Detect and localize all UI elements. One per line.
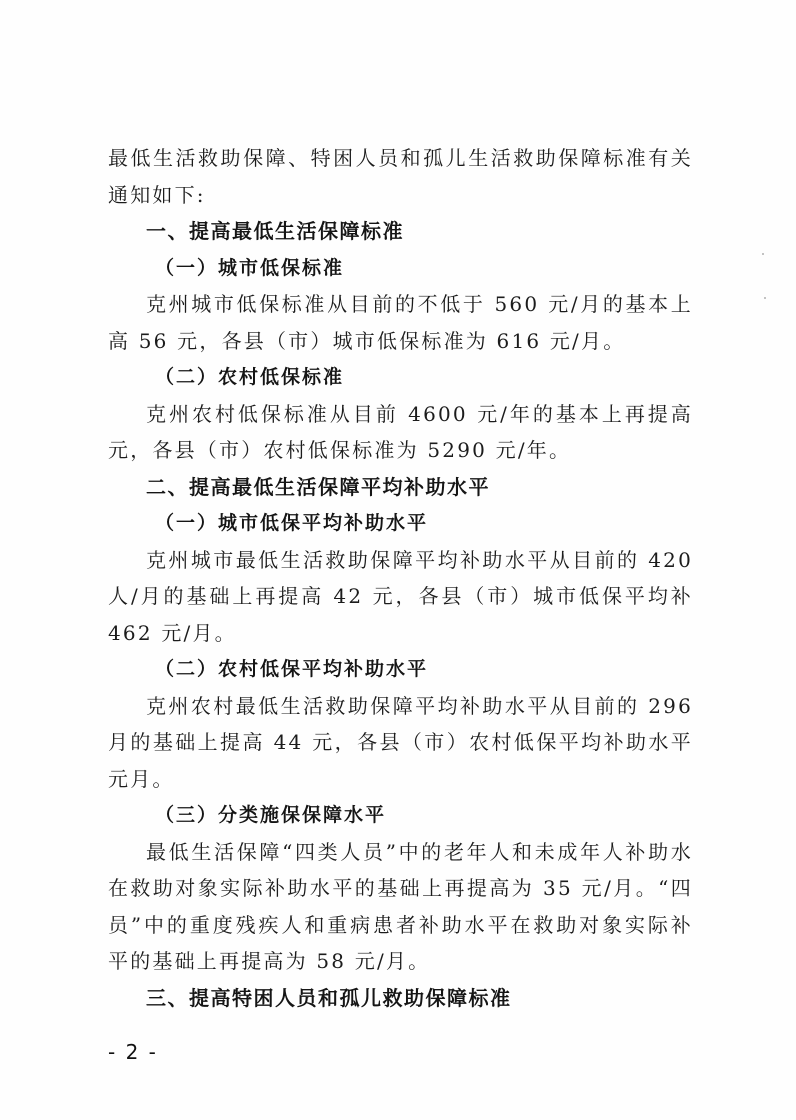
- subsection-heading: （一）城市低保标准: [155, 254, 740, 282]
- body-line: 在救助对象实际补助水平的基础上再提高为 35 元/月。“四类人: [108, 874, 693, 902]
- body-line: 人/月的基础上再提高 42 元，各县（市）城市低保平均补助水平: [108, 582, 693, 610]
- body-line: 平的基础上再提高为 58 元/月。: [108, 947, 693, 975]
- body-line: 克州农村低保标准从目前 4600 元/年的基本上再提高 690: [146, 400, 693, 428]
- body-line: 克州城市低保标准从目前的不低于 560 元/月的基本上再提: [146, 290, 693, 318]
- body-line: 克州城市最低生活救助保障平均补助水平从目前的 420 元: [146, 546, 693, 574]
- body-line: 462 元/月。: [108, 619, 693, 647]
- body-line: 通知如下:: [108, 181, 693, 209]
- subsection-heading: （二）农村低保标准: [155, 363, 740, 391]
- body-line: 克州农村最低生活救助保障平均补助水平从目前的 296 元/: [146, 692, 693, 720]
- section-heading: 一、提高最低生活保障标准: [146, 217, 731, 245]
- body-line: 员”中的重度残疾人和重病患者补助水平在救助对象实际补助水: [108, 911, 693, 939]
- body-line: 最低生活救助保障、特困人员和孤儿生活救助保障标准有关事宜: [108, 144, 693, 172]
- body-line: 月的基础上提高 44 元，各县（市）农村低保平均补助水平 340: [108, 728, 693, 756]
- document-page: 最低生活救助保障、特困人员和孤儿生活救助保障标准有关事宜 通知如下: 一、提高最…: [0, 0, 796, 1120]
- subsection-heading: （二）农村低保平均补助水平: [155, 655, 740, 683]
- subsection-heading: （一）城市低保平均补助水平: [155, 509, 740, 537]
- body-line: 最低生活保障“四类人员”中的老年人和未成年人补助水平: [146, 838, 693, 866]
- scan-speck: [764, 297, 766, 299]
- page-number: - 2 -: [108, 1040, 158, 1064]
- subsection-heading: （三）分类施保保障水平: [155, 801, 740, 829]
- body-line: 高 56 元，各县（市）城市低保标准为 616 元/月。: [108, 327, 693, 355]
- section-heading: 二、提高最低生活保障平均补助水平: [146, 473, 731, 501]
- body-line: 元，各县（市）农村低保标准为 5290 元/年。: [108, 436, 693, 464]
- section-heading: 三、提高特困人员和孤儿救助保障标准: [146, 984, 731, 1012]
- body-line: 元月。: [108, 765, 693, 793]
- scan-speck: [762, 253, 764, 255]
